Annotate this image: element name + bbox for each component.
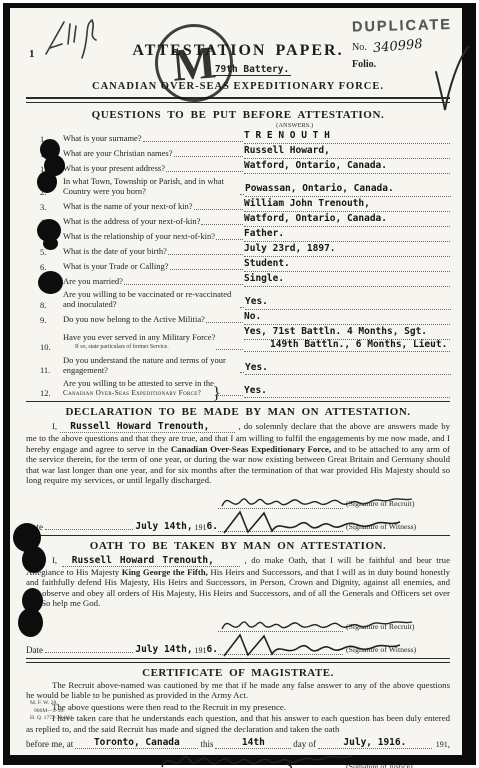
questions-heading: QUESTIONS TO BE PUT BEFORE ATTESTATION.	[26, 109, 450, 121]
question-number: 11.	[40, 365, 63, 375]
answer-text: Yes.	[244, 386, 450, 399]
justice-signature	[156, 751, 343, 768]
oath-heading: OATH TO BE TAKEN BY MAN ON ATTESTATION.	[26, 540, 450, 552]
ink-blot	[22, 546, 46, 573]
question-row: 1b. What is your present address? Watfor…	[40, 161, 450, 174]
answer-text: July 23rd, 1897.	[244, 244, 450, 257]
handwritten-mark	[38, 14, 118, 66]
oath-paragraph: I, Russell Howard Trenouth, , do make Oa…	[26, 555, 450, 609]
answer-cell: Yes.	[245, 297, 451, 310]
dotted-leader	[240, 306, 244, 308]
answer-text: Father.	[244, 229, 450, 242]
answer-cell: Father.	[244, 229, 450, 242]
dotted-leader	[240, 193, 244, 195]
dotted-leader	[216, 348, 243, 350]
form-print-code: M. F. W. 28.	[30, 700, 74, 708]
section-rule	[26, 658, 450, 663]
answer-text: Student.	[244, 259, 450, 272]
answer-text: Yes, 71st Battln. 4 Months, Sgt.	[244, 327, 450, 340]
oath-recruit-name: Russell Howard Trenouth,	[62, 555, 240, 567]
ink-blot	[43, 237, 58, 250]
answer-text: No.	[244, 312, 450, 325]
answer-cell: Watford, Ontario, Canada.	[244, 161, 450, 174]
question-row: 1. What is your surname? T R E N O U T H	[40, 131, 450, 144]
declaration-recruit-name: Russell Howard Trenouth,	[60, 421, 235, 433]
page-number: 1	[29, 48, 35, 60]
question-row: 11. Do you understand the nature and ter…	[40, 355, 450, 376]
answer-text-line2: 149th Battln., 6 Months, Lieut.	[244, 340, 450, 353]
question-text-line2: Canadian Over-Seas Expeditionary Force?	[63, 388, 214, 398]
force-line: CANADIAN OVER-SEAS EXPEDITIONARY FORCE.	[26, 81, 450, 92]
answer-text: William John Trenouth,	[244, 199, 450, 212]
answers-label: (ANSWERS.)	[26, 122, 450, 129]
section-rule	[26, 535, 450, 536]
dotted-leader	[143, 140, 243, 142]
scanned-document-page: ATTESTATION PAPER. 79th Battery. CANADIA…	[0, 0, 479, 768]
header-rule	[26, 97, 450, 103]
question-row: 1a. What are your Christian names? Russe…	[40, 146, 450, 159]
witness-signature	[218, 511, 343, 532]
declaration-heading: DECLARATION TO BE MADE BY MAN ON ATTESTA…	[26, 406, 450, 418]
question-number: 3.	[40, 202, 63, 212]
answer-text: Watford, Ontario, Canada.	[244, 161, 450, 174]
oath-date-row: Date July 14th, 191 6. (Signature of Wit…	[26, 634, 450, 655]
dotted-leader	[240, 371, 244, 373]
question-row: 8. Are you willing to be vaccinated or r…	[40, 289, 450, 310]
certificate-heading: CERTIFICATE OF MAGISTRATE.	[26, 667, 450, 679]
question-row: 5. What is the date of your birth? July …	[40, 244, 450, 257]
question-text: What are your Christian names?	[63, 148, 173, 158]
answer-cell: William John Trenouth,	[244, 199, 450, 212]
answer-text: Single.	[244, 274, 450, 287]
answer-text: Russell Howard,	[244, 146, 450, 159]
form-print-code: H. Q. 1772-39-841.	[30, 715, 74, 723]
question-text: What is the date of your birth?	[63, 246, 167, 256]
question-row: 2. In what Town, Township or Parish, and…	[40, 176, 450, 197]
question-row: 4a. What is the relationship of your nex…	[40, 229, 450, 242]
attestation-paper: ATTESTATION PAPER. 79th Battery. CANADIA…	[10, 8, 462, 755]
brace-glyph: }	[213, 388, 221, 398]
question-text: What is the address of your next-of-kin?	[63, 216, 200, 226]
answer-cell: Single.	[244, 274, 450, 287]
question-text: What is your surname?	[63, 133, 142, 143]
ink-blot	[38, 271, 63, 294]
declaration-recruit-signature-row: (Signature of Recruit)	[26, 488, 450, 509]
question-row: 9. Do you now belong to the Active Milit…	[40, 312, 450, 325]
oath-recruit-signature-row: (Signature of Recruit)	[26, 611, 450, 632]
dotted-leader	[216, 238, 243, 240]
question-row: 7. Are you married? Single.	[40, 274, 450, 287]
oath-date: Date July 14th, 191 6.	[26, 644, 218, 655]
question-text: What is your Trade or Calling?	[63, 261, 169, 271]
question-note: If so, state particulars of former Servi…	[63, 342, 215, 352]
form-print-codes: M. F. W. 28.900M—2-16.H. Q. 1772-39-841.	[30, 700, 74, 723]
question-text: What is the relationship of your next-of…	[63, 231, 215, 241]
answer-cell: Student.	[244, 259, 450, 272]
question-text: Are you willing to be vaccinated or re-v…	[63, 289, 239, 310]
question-text: What is your present address?	[63, 163, 165, 173]
dotted-leader	[194, 208, 243, 210]
justice-signature-row: (Signature of Justice)	[26, 751, 450, 768]
certificate-p1: The Recruit above-named was cautioned by…	[26, 680, 450, 701]
question-text: Do you now belong to the Active Militia?	[63, 314, 205, 324]
question-text: Do you understand the nature and terms o…	[63, 355, 239, 376]
answer-cell: Watford, Ontario, Canada.	[244, 214, 450, 227]
recruit-signature	[218, 611, 343, 632]
question-text: Have you ever served in any Military For…	[63, 332, 215, 353]
question-text: What is the name of your next-of kin?	[63, 201, 193, 211]
dotted-leader	[124, 283, 243, 285]
declaration-date-row: Date July 14th, 191 6. (Signature of Wit…	[26, 511, 450, 532]
question-number: 9.	[40, 315, 63, 325]
certificate-p3: I have taken care that he understands ea…	[26, 713, 450, 734]
questions-list: 1. What is your surname? T R E N O U T H…	[26, 131, 450, 398]
ink-blot	[18, 608, 43, 637]
answer-cell: No.	[244, 312, 450, 325]
answer-text: Yes.	[245, 297, 451, 310]
answer-text: Watford, Ontario, Canada.	[244, 214, 450, 227]
certificate-p2: The above questions were then read to th…	[26, 702, 450, 712]
question-number: 10.	[40, 342, 63, 352]
question-number: 12.	[40, 388, 63, 398]
answer-cell: Yes, 71st Battln. 4 Months, Sgt. 149th B…	[244, 327, 450, 352]
form-number-value: 340998	[373, 37, 424, 56]
dotted-leader	[206, 321, 243, 323]
ink-blot	[37, 171, 57, 193]
question-text: Are you married?	[63, 276, 123, 286]
answer-cell: Powassan, Ontario, Canada.	[245, 184, 451, 197]
section-rule	[26, 401, 450, 402]
question-row: 10. Have you ever served in any Military…	[40, 327, 450, 352]
declaration-intro: I,	[26, 421, 57, 431]
form-print-code: 900M—2-16.	[30, 708, 74, 716]
dotted-leader	[201, 223, 243, 225]
declaration-date: Date July 14th, 191 6.	[26, 521, 218, 532]
answer-cell: Yes.	[244, 386, 450, 399]
answer-cell: July 23rd, 1897.	[244, 244, 450, 257]
recruit-signature	[218, 488, 343, 509]
question-row: 4. What is the address of your next-of-k…	[40, 214, 450, 227]
dotted-leader	[170, 268, 243, 270]
declaration-paragraph: I, Russell Howard Trenouth, , do solemnl…	[26, 421, 450, 486]
question-row: 12. Are you willing to be attested to se…	[40, 378, 450, 399]
question-number: 8.	[40, 300, 63, 310]
answer-cell: T R E N O U T H	[244, 131, 450, 144]
answer-cell: Yes.	[245, 363, 451, 376]
duplicate-stamp: DUPLICATE	[352, 16, 470, 35]
dotted-leader	[174, 155, 243, 157]
witness-signature	[218, 634, 343, 655]
checkmark	[428, 44, 470, 114]
answer-text: Powassan, Ontario, Canada.	[245, 184, 451, 197]
answer-text: Yes.	[245, 363, 451, 376]
question-text: Are you willing to be attested to serve …	[63, 378, 214, 399]
question-text: In what Town, Township or Parish, and in…	[63, 176, 239, 197]
question-row: 6. What is your Trade or Calling? Studen…	[40, 259, 450, 272]
question-row: 3. What is the name of your next-of kin?…	[40, 199, 450, 212]
dotted-leader	[166, 170, 243, 172]
dotted-leader	[168, 253, 243, 255]
answer-text: T R E N O U T H	[244, 131, 450, 144]
answer-cell: Russell Howard,	[244, 146, 450, 159]
